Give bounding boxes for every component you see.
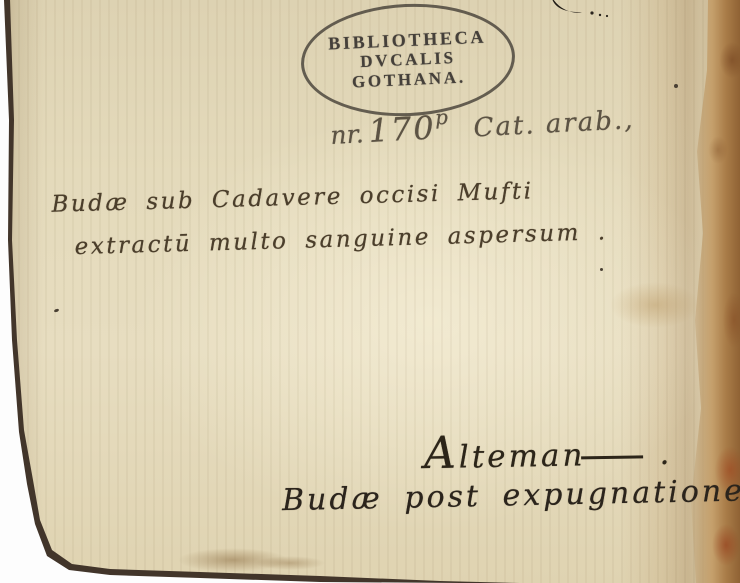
signature-initial: A [424, 428, 460, 480]
catalog-number: 170 [368, 108, 437, 149]
manuscript-photo: BIBLIOTHECA DVCALIS GOTHANA. nr. 170p Ca… [0, 0, 740, 583]
signature-rest: lteman [459, 437, 586, 475]
signature-period: . [659, 436, 672, 472]
catalog-prefix: nr. [330, 119, 365, 150]
owner-signature: Alteman. [424, 424, 673, 479]
catalog-superscript: p [434, 105, 448, 130]
ink-flourish-icon [548, 0, 668, 32]
latin-inscription: Budæ sub Cadavere occisi Mufti extractū … [51, 168, 608, 269]
stamp-line-3: GOTHANA. [352, 68, 467, 93]
book-page: BIBLIOTHECA DVCALIS GOTHANA. nr. 170p Ca… [0, 0, 740, 583]
ink-speck [600, 268, 603, 271]
ink-speck [674, 84, 678, 88]
signature-flourish [581, 455, 643, 459]
